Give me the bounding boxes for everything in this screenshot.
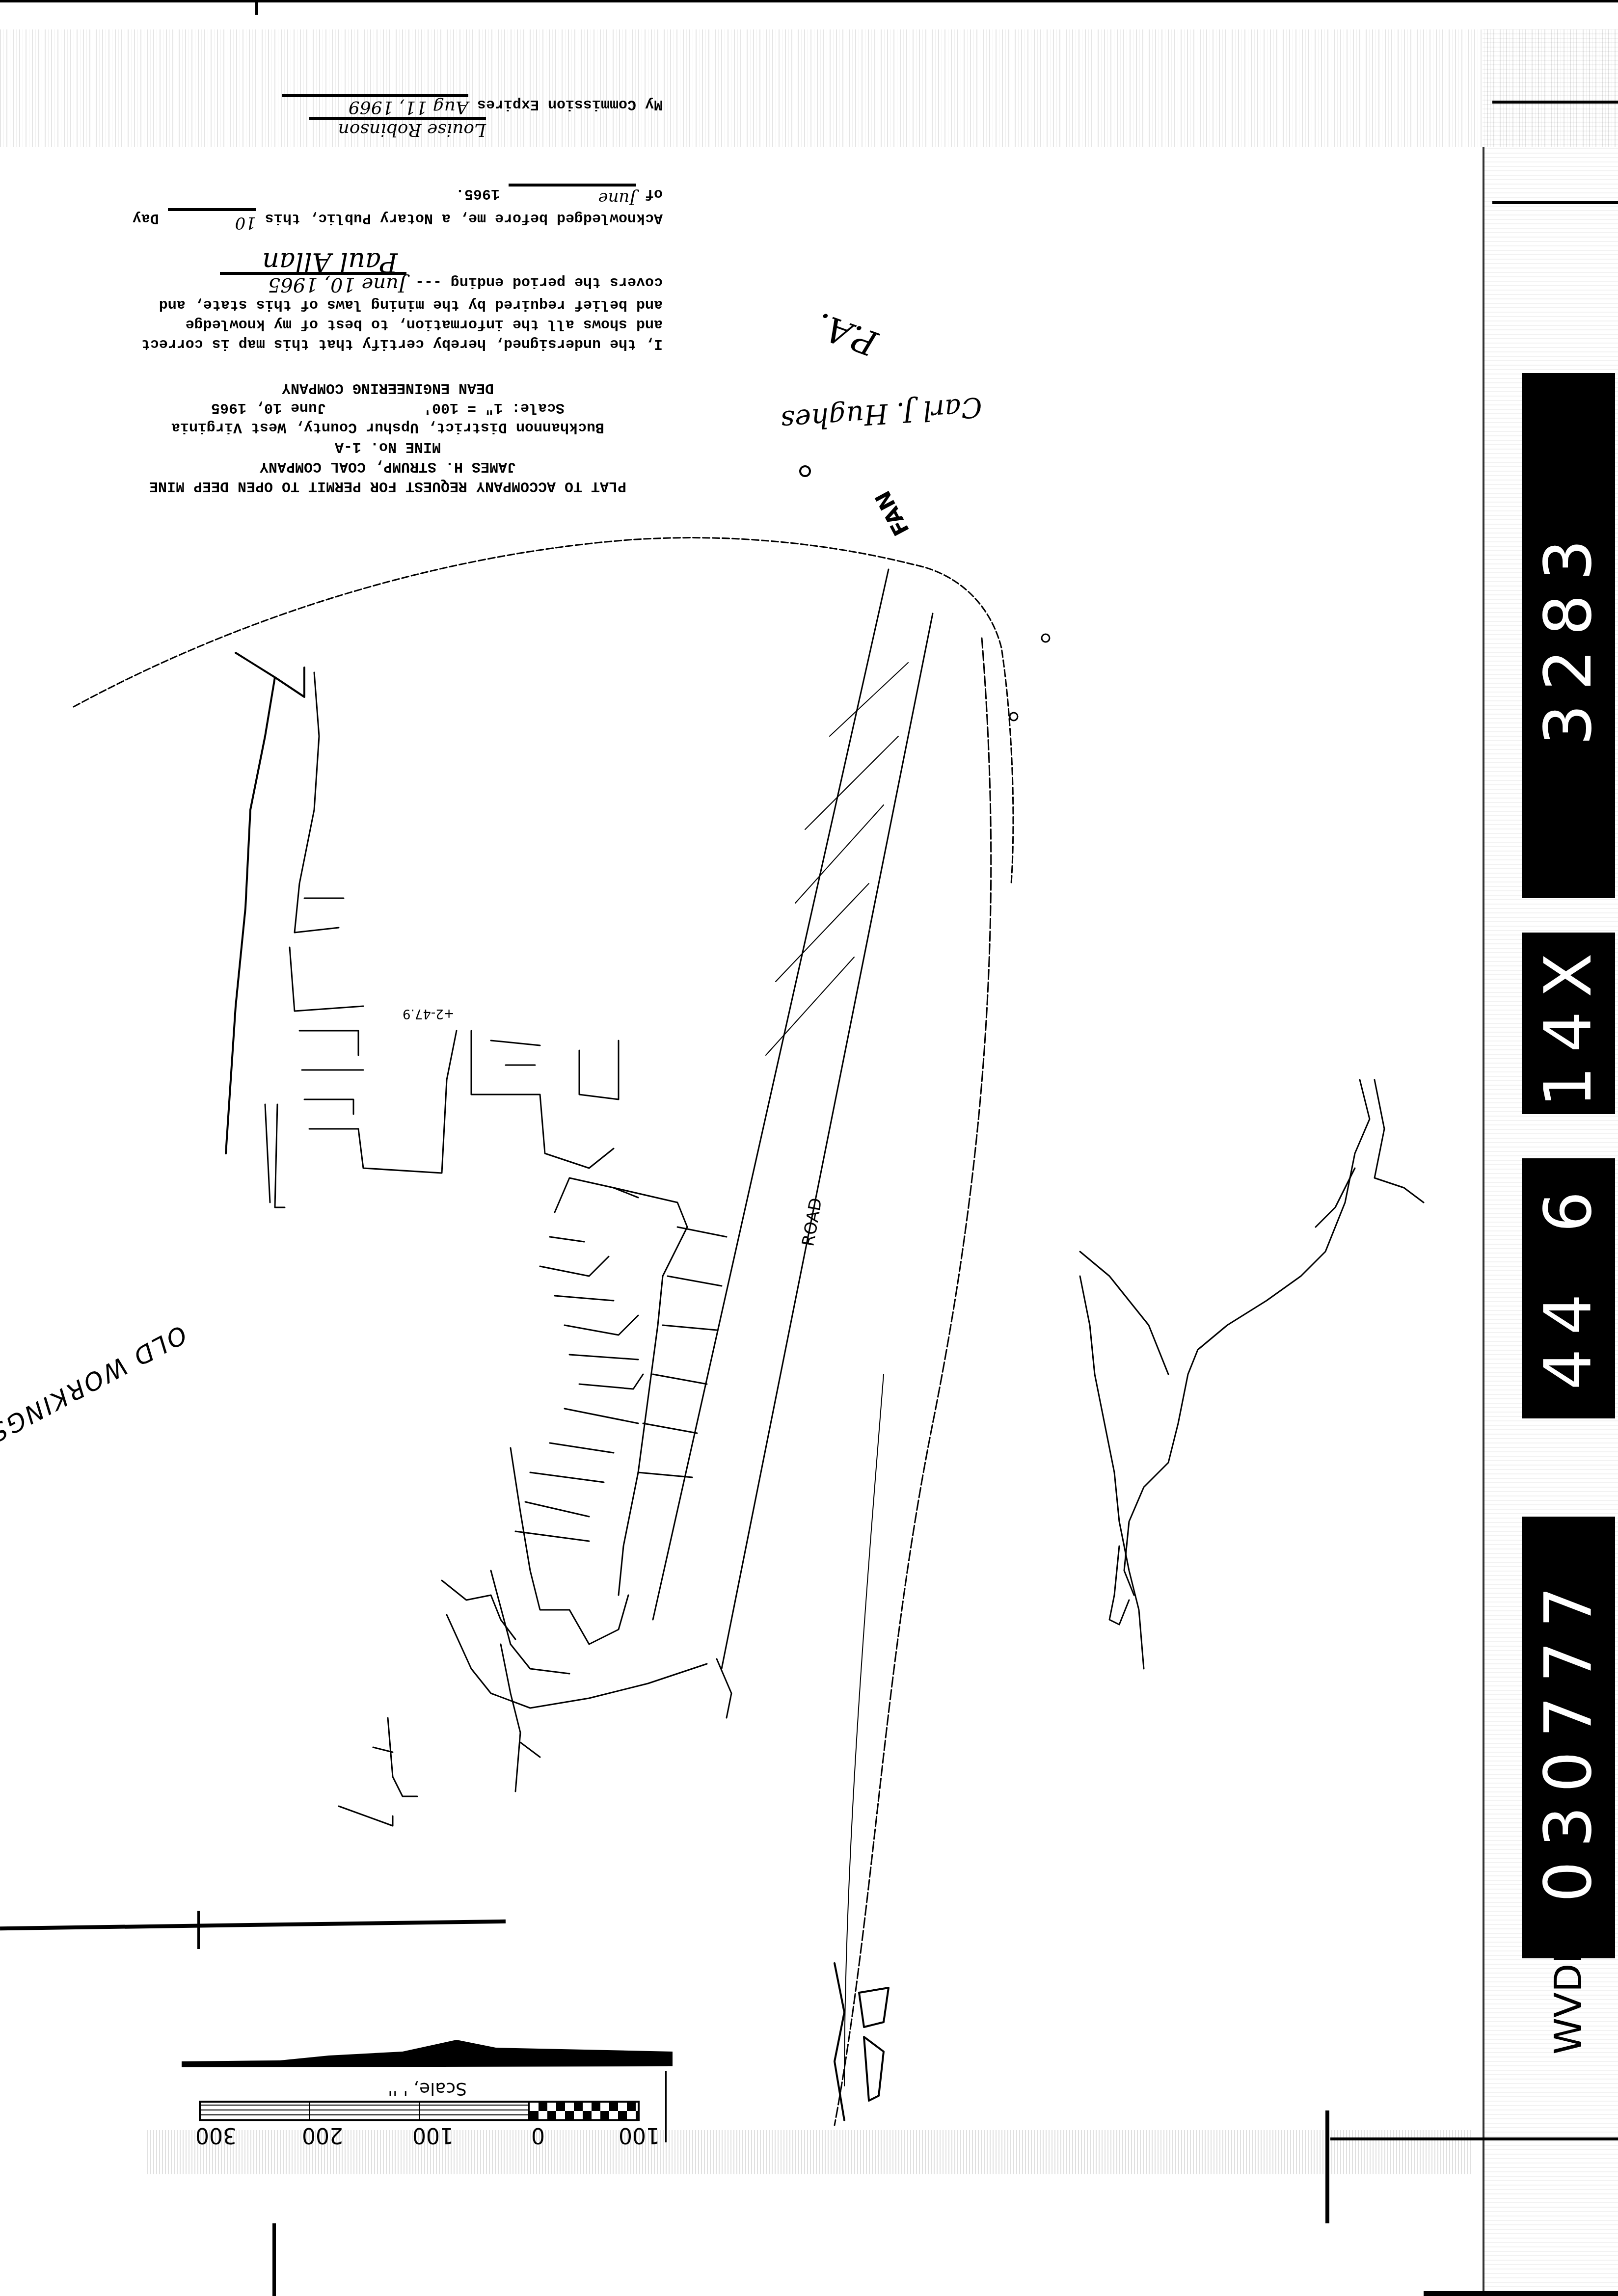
id-segment: 030777 [1522,1517,1615,1958]
id-segment: 14X [1522,933,1615,1114]
scale-tick: 100 [412,2123,454,2148]
scale-segment [420,2103,530,2119]
scale-header-shape [182,2037,673,2071]
id-segment: 44 [1522,1252,1615,1418]
scale-tick: 300 [195,2123,237,2148]
scale-segment [201,2103,310,2119]
scale-ticks: 100 0 100 200 300 [182,2123,673,2147]
scale-tick: 100 [619,2123,660,2148]
scale-label: Scale, ' '' [388,2079,467,2099]
id-segment: 6 [1522,1158,1615,1252]
id-segment: 3283 [1522,373,1615,898]
scanned-document-page: PLAT TO ACCOMPANY REQUEST FOR PERMIT TO … [0,0,1618,2296]
dimension-label: +2-47.9 [403,1006,455,1021]
scale-bar: Scale, ' '' 100 0 100 200 300 [182,2037,673,2160]
scale-tick: 0 [531,2123,545,2148]
microfilm-prefix: WVDM [1532,1929,1605,2056]
scale-bar-graphic [199,2101,640,2121]
microfilm-id-strip: 30 3283 14X 6 44 030777 [1522,373,1615,2037]
scale-checker-segment [530,2103,638,2119]
scale-tick: 200 [302,2123,343,2148]
scale-segment [310,2103,420,2119]
mine-map-drawing [0,0,1618,2296]
